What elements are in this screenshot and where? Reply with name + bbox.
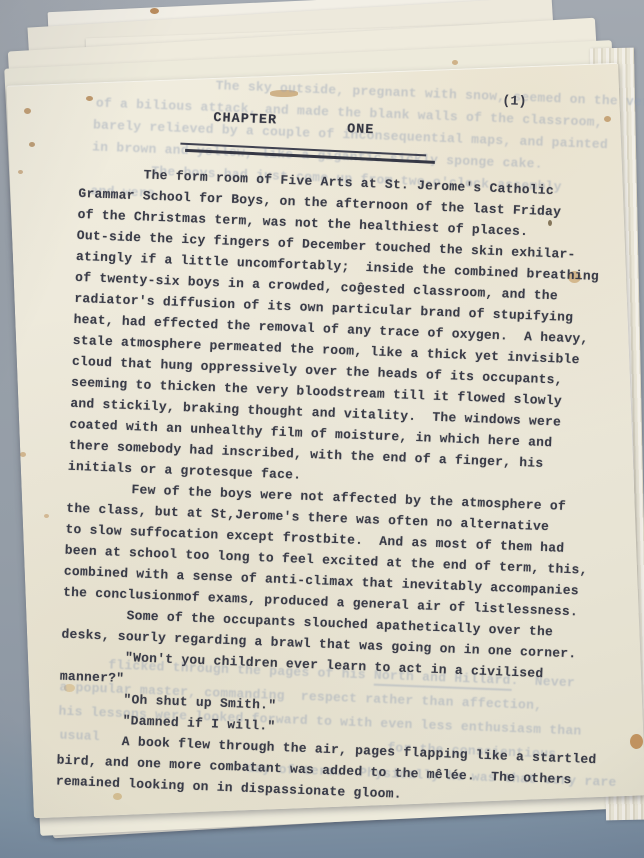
page-number: (1) (502, 94, 527, 110)
photo-scene: The sky outside, pregnant with snow, see… (0, 0, 644, 858)
chapter-heading-number: ONE (347, 122, 375, 138)
chapter-heading-word: CHAPTER (213, 111, 277, 128)
manuscript-body-text: The form room of Five Arts at St. Jerome… (55, 162, 618, 812)
typed-text-layer: The sky outside, pregnant with snow, see… (54, 100, 626, 844)
